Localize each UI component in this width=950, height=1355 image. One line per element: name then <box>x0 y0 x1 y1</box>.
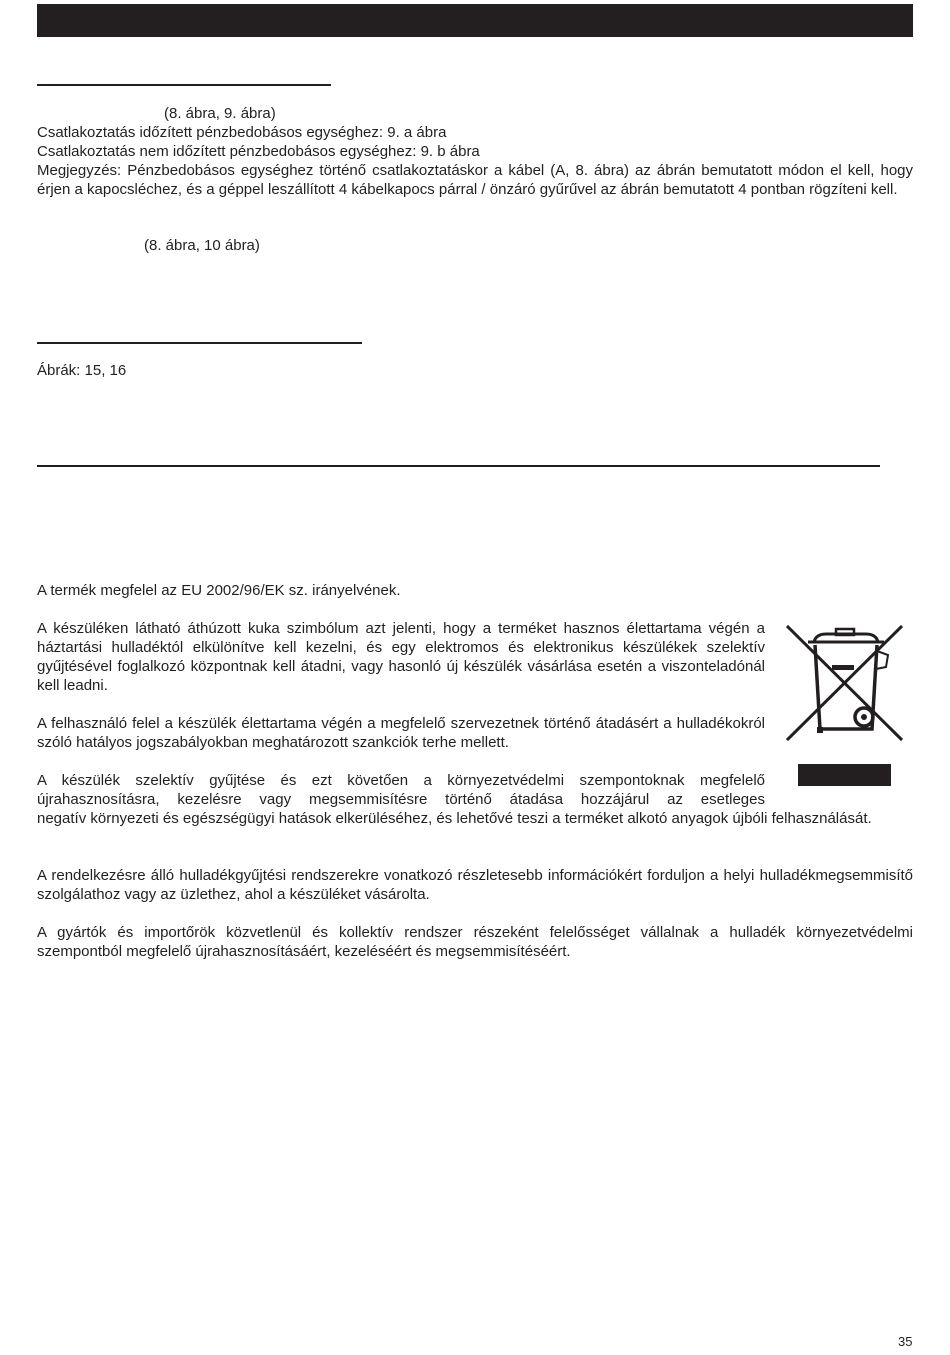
compliance-statement: A termék megfelel az EU 2002/96/EK sz. i… <box>37 581 401 600</box>
connection-untimed-text: Csatlakoztatás nem időzített pénzbedobás… <box>37 142 480 161</box>
section-divider <box>37 342 362 344</box>
disposal-paragraph: A gyártók és importőrök közvetlenül és k… <box>37 923 913 961</box>
crossed-out-wheelie-bin-icon <box>786 625 904 790</box>
disposal-paragraph: A felhasználó felel a készülék élettarta… <box>37 714 765 752</box>
note-paragraph: Megjegyzés: Pénzbedobásos egységhez tört… <box>37 161 913 199</box>
disposal-paragraph: A rendelkezésre álló hulladékgyűjtési re… <box>37 866 913 904</box>
section-divider <box>37 84 331 86</box>
disposal-paragraph-continued: negatív környezeti és egészségügyi hatás… <box>37 809 913 828</box>
connection-timed-text: Csatlakoztatás időzített pénzbedobásos e… <box>37 123 446 142</box>
disposal-paragraph: A készülék szelektív gyűjtése és ezt köv… <box>37 771 765 809</box>
figure-reference: (8. ábra, 9. ábra) <box>164 104 276 123</box>
section-divider <box>37 465 880 467</box>
page-number: 35 <box>898 1334 912 1349</box>
header-bar <box>37 4 913 37</box>
disposal-paragraph: A készüléken látható áthúzott kuka szimb… <box>37 619 765 695</box>
figure-reference: (8. ábra, 10 ábra) <box>144 236 260 255</box>
figures-label: Ábrák: 15, 16 <box>37 361 126 380</box>
